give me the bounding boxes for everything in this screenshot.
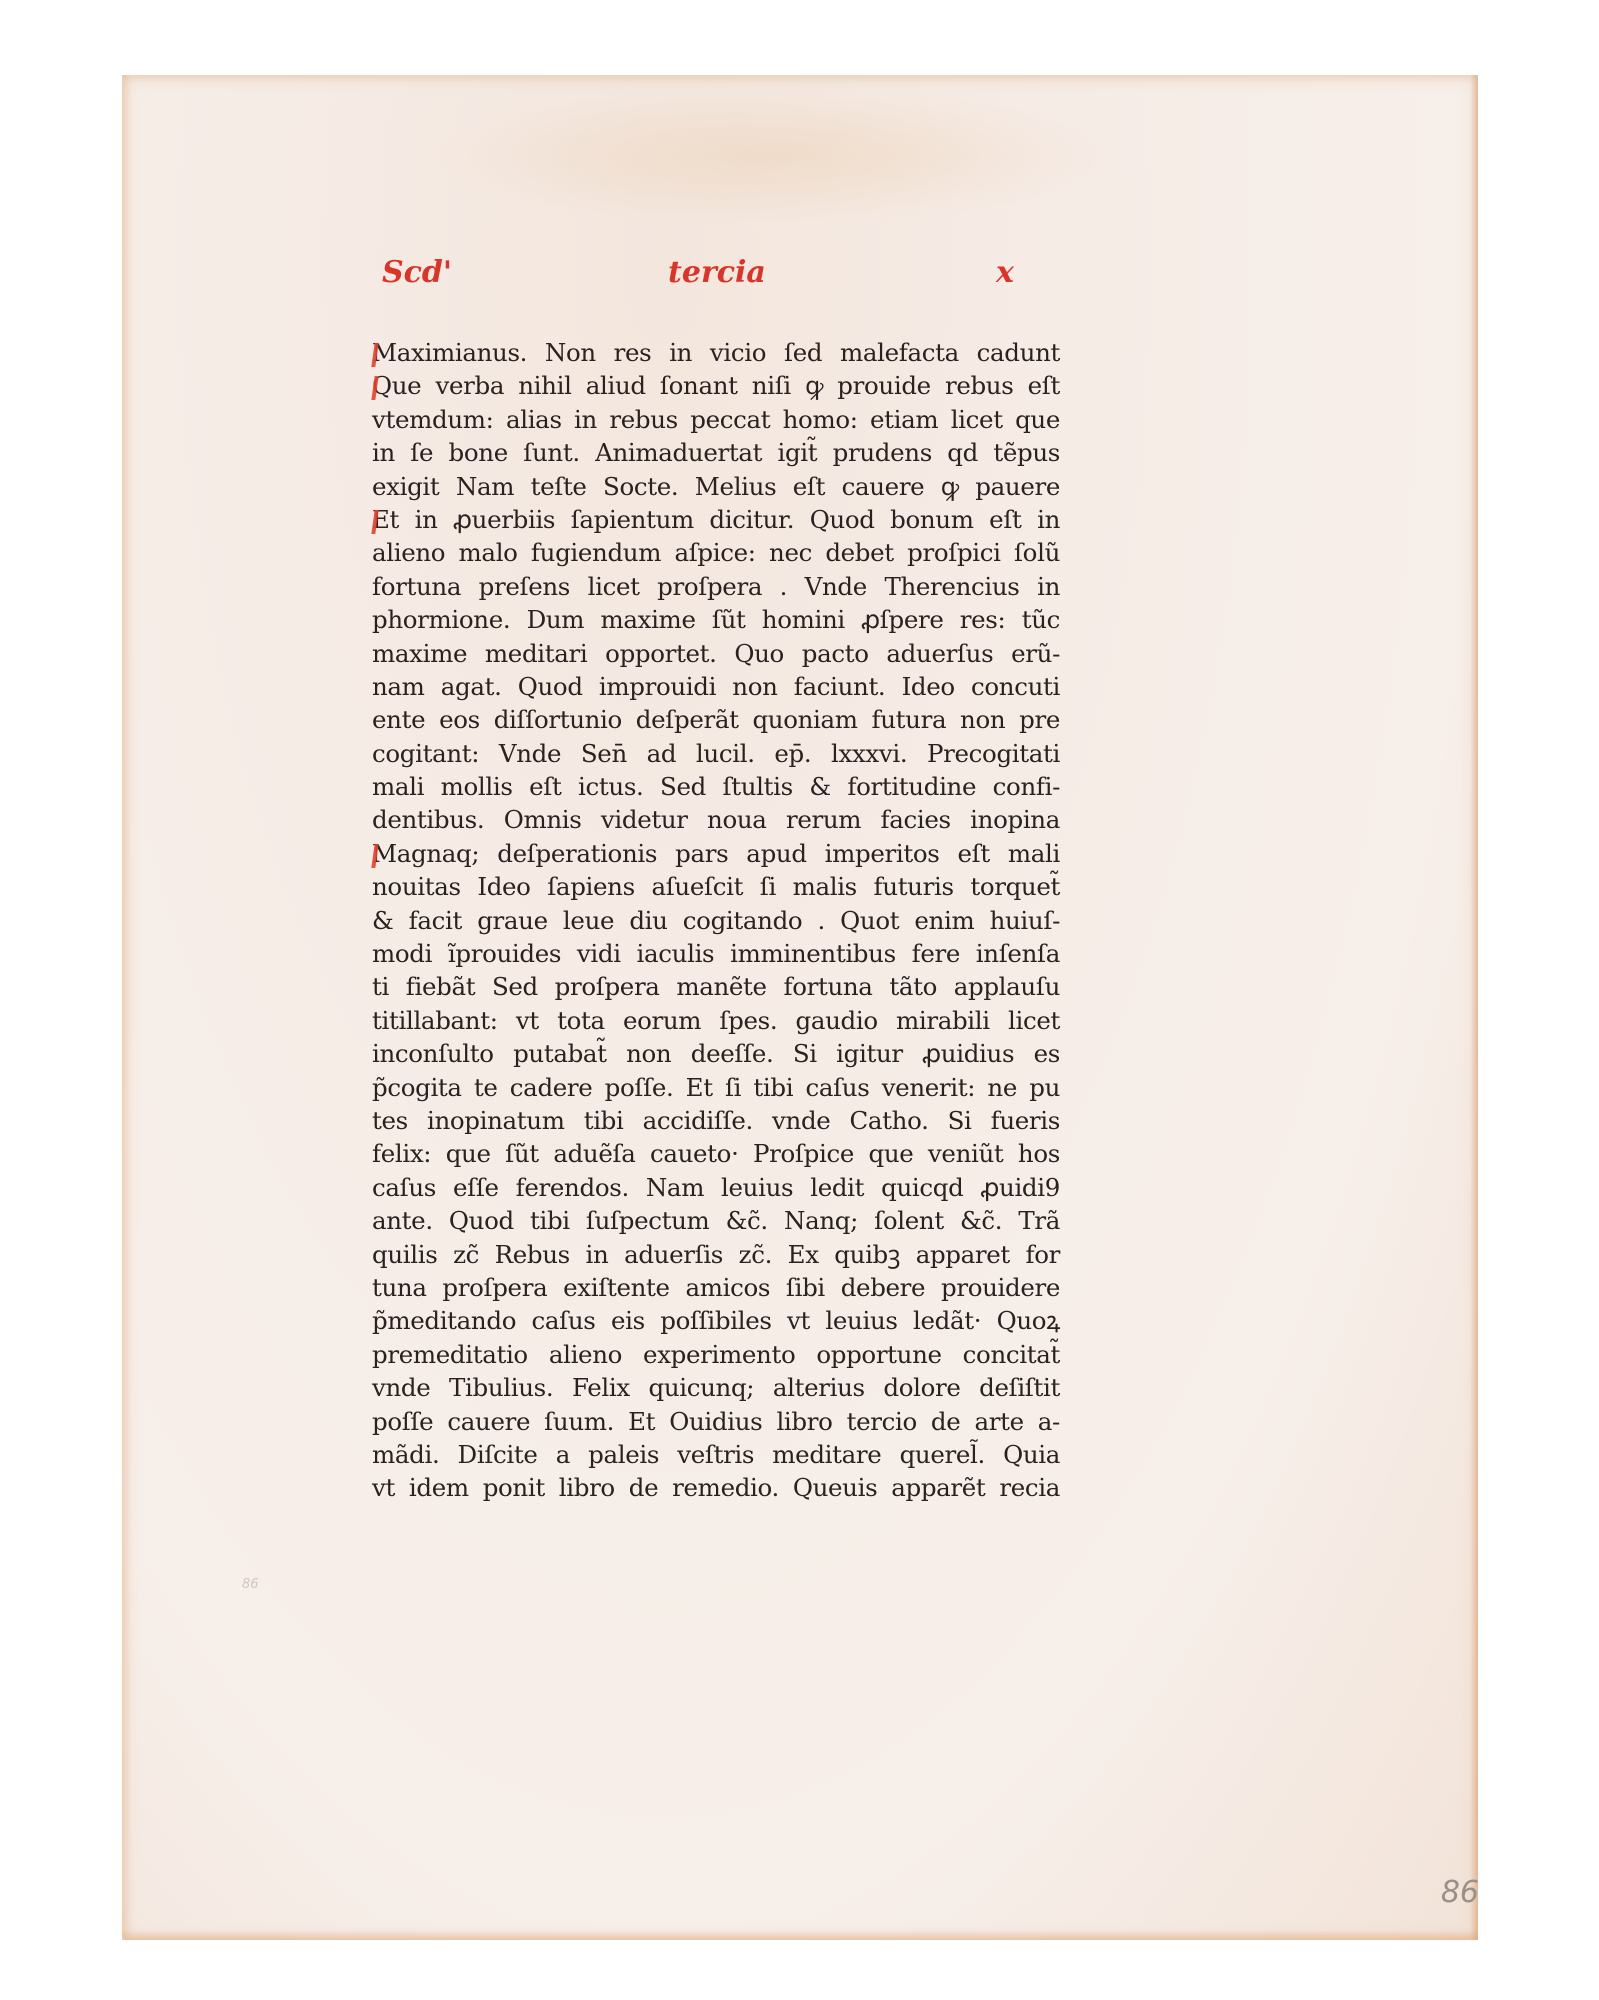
running-head-folio: x — [996, 255, 1014, 290]
text-line: premeditatio alieno experimento opportun… — [372, 1338, 1060, 1371]
text-line: mali mollis eſt ictus. Sed ſtultis & for… — [372, 770, 1060, 803]
line-text: tes inopinatum tibi accidiſſe. vnde Cath… — [372, 1106, 1060, 1135]
text-line: quilis zc̃ Rebus in aduerſis zc̃. Ex qui… — [372, 1238, 1060, 1271]
text-line: nouitas Ideo ſapiens aſueſcit ſi malis f… — [372, 870, 1060, 903]
text-line: titillabant: vt tota eorum ſpes. gaudio … — [372, 1004, 1060, 1037]
text-line: tuna proſpera exiſtente amicos ſibi debe… — [372, 1271, 1060, 1304]
line-text: vnde Tibulius. Felix quicunq; alterius d… — [372, 1373, 1060, 1402]
line-text: ante. Quod tibi ſuſpectum &c̃. Nanq; ſol… — [372, 1206, 1060, 1235]
line-text: t in ꝓuerbiis ſapientum dicitur. Quod bo… — [390, 505, 1060, 534]
line-text: ti fiebãt Sed proſpera manẽte fortuna tã… — [372, 972, 1060, 1001]
line-text: p̃cogita te cadere poſſe. Et ſi tibi caſ… — [372, 1073, 1060, 1102]
text-line: vtemdum: alias in rebus peccat homo: eti… — [372, 403, 1060, 436]
line-text: phormione. Dum maxime ſũt homini ꝓſpere … — [372, 605, 1060, 634]
line-text: mali mollis eſt ictus. Sed ſtultis & for… — [372, 772, 1060, 801]
text-line: nam agat. Quod improuidi non faciunt. Id… — [372, 670, 1060, 703]
line-text: felix: que ſũt aduẽſa caueto· Proſpice q… — [372, 1139, 1060, 1168]
text-line: inconſulto putabat̃ non deeſſe. Si igitu… — [372, 1037, 1060, 1070]
text-line: alieno malo fugiendum aſpice: nec debet … — [372, 536, 1060, 569]
text-line: fortuna preſens licet proſpera . Vnde Th… — [372, 570, 1060, 603]
line-text: mãdi. Diſcite a paleis veſtris meditare … — [372, 1440, 1060, 1469]
line-text: quilis zc̃ Rebus in aduerſis zc̃. Ex qui… — [372, 1240, 1060, 1269]
text-line: Et in ꝓuerbiis ſapientum dicitur. Quod b… — [372, 503, 1060, 536]
text-line: mãdi. Diſcite a paleis veſtris meditare … — [372, 1438, 1060, 1471]
text-line: ante. Quod tibi ſuſpectum &c̃. Nanq; ſol… — [372, 1204, 1060, 1237]
line-text: titillabant: vt tota eorum ſpes. gaudio … — [372, 1006, 1060, 1035]
line-text: inconſulto putabat̃ non deeſſe. Si igitu… — [372, 1039, 1060, 1068]
text-line: felix: que ſũt aduẽſa caueto· Proſpice q… — [372, 1137, 1060, 1170]
text-line: & facit graue leue diu cogitando . Quot … — [372, 904, 1060, 937]
text-line: tes inopinatum tibi accidiſſe. vnde Cath… — [372, 1104, 1060, 1137]
line-text: ente eos diſſortunio deſperãt quoniam fu… — [372, 705, 1060, 734]
text-line: modi ĩprouides vidi iaculis imminentibus… — [372, 937, 1060, 970]
text-line: p̃cogita te cadere poſſe. Et ſi tibi caſ… — [372, 1071, 1060, 1104]
line-text: p̃meditando caſus eis poſſibiles vt leui… — [372, 1306, 1060, 1335]
text-line: Maximianus. Non res in vicio ſed malefac… — [372, 336, 1060, 369]
line-text: exigit Nam teſte Socte. Melius eſt cauer… — [372, 472, 1060, 501]
line-text: nouitas Ideo ſapiens aſueſcit ſi malis f… — [372, 872, 1060, 901]
line-text: maxime meditari opportet. Quo pacto adue… — [372, 639, 1060, 668]
pencil-folio-number: 86 — [1441, 1875, 1479, 1910]
line-text: caſus eſſe ferendos. Nam leuius ledit qu… — [372, 1173, 1060, 1202]
text-line: Que verba nihil aliud ſonant niſi ꝙ prou… — [372, 369, 1060, 402]
text-line: Magnaq; deſperationis pars apud imperito… — [372, 837, 1060, 870]
faint-pencil-number: 86 — [242, 1577, 259, 1592]
text-line: in ſe bone ſunt. Animaduertat igit̃ prud… — [372, 436, 1060, 469]
line-text: fortuna preſens licet proſpera . Vnde Th… — [372, 572, 1060, 601]
water-stain — [422, 85, 1122, 225]
text-line: caſus eſſe ferendos. Nam leuius ledit qu… — [372, 1171, 1060, 1204]
text-line: exigit Nam teſte Socte. Melius eſt cauer… — [372, 470, 1060, 503]
text-block: Maximianus. Non res in vicio ſed malefac… — [372, 336, 1060, 1505]
line-text: vt idem ponit libro de remedio. Queuis a… — [372, 1473, 1060, 1502]
text-line: maxime meditari opportet. Quo pacto adue… — [372, 637, 1060, 670]
line-text: premeditatio alieno experimento opportun… — [372, 1340, 1060, 1369]
text-line: ente eos diſſortunio deſperãt quoniam fu… — [372, 703, 1060, 736]
line-text: aximianus. Non res in vicio ſed malefact… — [397, 338, 1060, 367]
rubricated-initial: Q — [372, 371, 392, 400]
line-text: poſſe cauere ſuum. Et Ouidius libro terc… — [372, 1407, 1060, 1436]
text-line: vt idem ponit libro de remedio. Queuis a… — [372, 1471, 1060, 1504]
line-text: vtemdum: alias in rebus peccat homo: eti… — [372, 405, 1060, 434]
text-line: dentibus. Omnis videtur noua rerum facie… — [372, 803, 1060, 836]
running-head-center: tercia — [668, 255, 766, 290]
line-text: dentibus. Omnis videtur noua rerum facie… — [372, 805, 1060, 834]
text-line: cogitant: Vnde Sen̄ ad lucil. ep̄. lxxxv… — [372, 737, 1060, 770]
line-text: agnaq; deſperationis pars apud imperitos… — [397, 839, 1060, 868]
rubricated-initial: M — [372, 338, 397, 367]
text-line: poſſe cauere ſuum. Et Ouidius libro terc… — [372, 1405, 1060, 1438]
line-text: in ſe bone ſunt. Animaduertat igit̃ prud… — [372, 438, 1060, 467]
line-text: ue verba nihil aliud ſonant niſi ꝙ proui… — [392, 371, 1060, 400]
line-text: alieno malo fugiendum aſpice: nec debet … — [372, 538, 1060, 567]
text-line: vnde Tibulius. Felix quicunq; alterius d… — [372, 1371, 1060, 1404]
line-text: modi ĩprouides vidi iaculis imminentibus… — [372, 939, 1060, 968]
text-line: p̃meditando caſus eis poſſibiles vt leui… — [372, 1304, 1060, 1337]
rubricated-initial: M — [372, 839, 397, 868]
line-text: & facit graue leue diu cogitando . Quot … — [372, 906, 1060, 935]
running-head-left: Scd' — [382, 255, 452, 290]
text-line: ti fiebãt Sed proſpera manẽte fortuna tã… — [372, 970, 1060, 1003]
text-line: phormione. Dum maxime ſũt homini ꝓſpere … — [372, 603, 1060, 636]
rubricated-initial: E — [372, 505, 390, 534]
line-text: cogitant: Vnde Sen̄ ad lucil. ep̄. lxxxv… — [372, 739, 1060, 768]
line-text: tuna proſpera exiſtente amicos ſibi debe… — [372, 1273, 1060, 1302]
line-text: nam agat. Quod improuidi non faciunt. Id… — [372, 672, 1060, 701]
